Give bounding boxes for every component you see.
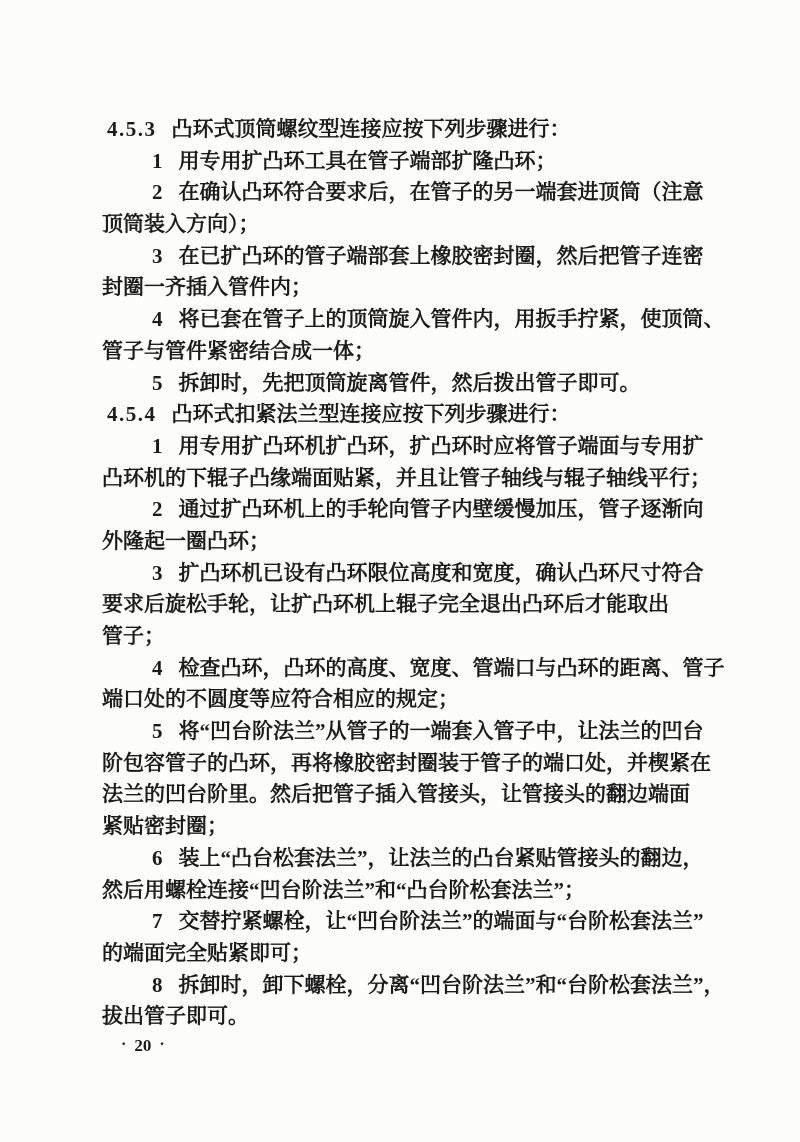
wrapped-text: 端口处的不圆度等应符合相应的规定； — [102, 687, 459, 711]
step-line: 4将已套在管子上的顶筒旋入管件内，用扳手拧紧，使顶筒、 — [0, 304, 800, 336]
step-number: 4 — [152, 653, 163, 685]
step-number: 4 — [152, 304, 163, 336]
step-number: 1 — [152, 431, 163, 463]
wrapped-line: 拔出管子即可。 — [0, 1001, 800, 1033]
wrapped-text: 拔出管子即可。 — [102, 1004, 249, 1028]
section-heading-4-5-3: 4.5.3凸环式顶筒螺纹型连接应按下列步骤进行： — [0, 114, 800, 146]
section-title-text: 凸环式顶筒螺纹型连接应按下列步骤进行： — [172, 117, 571, 141]
step-text: 将“凹台阶法兰”从管子的一端套入管子中，让法兰的凹台 — [179, 719, 704, 743]
step-line: 6装上“凸台松套法兰”，让法兰的凸台紧贴管接头的翻边， — [0, 843, 800, 875]
step-text: 装上“凸台松套法兰”，让法兰的凸台紧贴管接头的翻边， — [179, 846, 704, 870]
step-line: 3扩凸环机已设有凸环限位高度和宽度，确认凸环尺寸符合 — [0, 558, 800, 590]
wrapped-line: 要求后旋松手轮，让扩凸环机上辊子完全退出凸环后才能取出 — [0, 589, 800, 621]
step-line: 4检查凸环，凸环的高度、宽度、管端口与凸环的距离、管子 — [0, 653, 800, 685]
wrapped-text: 管子； — [102, 624, 165, 648]
wrapped-text: 法兰的凹台阶里。然后把管子插入管接头，让管接头的翻边端面 — [102, 782, 690, 806]
wrapped-line: 阶包容管子的凸环，再将橡胶密封圈装于管子的端口处，并楔紧在 — [0, 748, 800, 780]
wrapped-line: 外隆起一圈凸环； — [0, 526, 800, 558]
wrapped-text: 然后用螺栓连接“凹台阶法兰”和“凸台阶松套法兰”； — [102, 878, 585, 902]
wrapped-line: 顶筒装入方向）； — [0, 209, 800, 241]
step-text: 检查凸环，凸环的高度、宽度、管端口与凸环的距离、管子 — [179, 656, 725, 680]
step-line: 2在确认凸环符合要求后，在管子的另一端套进顶筒（注意 — [0, 177, 800, 209]
step-text: 拆卸时，先把顶筒旋离管件，然后拨出管子即可。 — [179, 371, 641, 395]
step-line: 2通过扩凸环机上的手轮向管子内壁缓慢加压，管子逐渐向 — [0, 494, 800, 526]
wrapped-line: 紧贴密封圈； — [0, 811, 800, 843]
step-line: 1用专用扩凸环工具在管子端部扩隆凸环； — [0, 146, 800, 178]
step-text: 在已扩凸环的管子端部套上橡胶密封圈，然后把管子连密 — [179, 244, 704, 268]
step-number: 2 — [152, 177, 163, 209]
step-text: 在确认凸环符合要求后，在管子的另一端套进顶筒（注意 — [179, 180, 704, 204]
wrapped-text: 凸环机的下辊子凸缘端面贴紧，并且让管子轴线与辊子轴线平行； — [102, 466, 711, 490]
footer-left-dot: · — [121, 1032, 126, 1058]
step-text: 用专用扩凸环机扩凸环，扩凸环时应将管子端面与专用扩 — [179, 434, 704, 458]
step-line: 7交替拧紧螺栓，让“凹台阶法兰”的端面与“台阶松套法兰” — [0, 906, 800, 938]
step-text: 交替拧紧螺栓，让“凹台阶法兰”的端面与“台阶松套法兰” — [179, 909, 704, 933]
step-number: 3 — [152, 241, 163, 273]
wrapped-line: 管子与管件紧密结合成一体； — [0, 336, 800, 368]
section-number: 4.5.3 — [107, 114, 157, 146]
document-page: 4.5.3凸环式顶筒螺纹型连接应按下列步骤进行： 1用专用扩凸环工具在管子端部扩… — [0, 0, 800, 1142]
step-number: 3 — [152, 558, 163, 590]
step-line: 8拆卸时，卸下螺栓，分离“凹台阶法兰”和“台阶松套法兰”， — [0, 970, 800, 1002]
wrapped-text: 管子与管件紧密结合成一体； — [102, 339, 375, 363]
wrapped-text: 封圈一齐插入管件内； — [102, 275, 312, 299]
step-text: 拆卸时，卸下螺栓，分离“凹台阶法兰”和“台阶松套法兰”， — [179, 973, 725, 997]
wrapped-text: 顶筒装入方向）； — [102, 212, 260, 236]
wrapped-line: 法兰的凹台阶里。然后把管子插入管接头，让管接头的翻边端面 — [0, 779, 800, 811]
wrapped-text: 阶包容管子的凸环，再将橡胶密封圈装于管子的端口处，并楔紧在 — [102, 751, 711, 775]
body-text: 4.5.3凸环式顶筒螺纹型连接应按下列步骤进行： 1用专用扩凸环工具在管子端部扩… — [0, 114, 800, 1033]
step-number: 6 — [152, 843, 163, 875]
step-number: 8 — [152, 970, 163, 1002]
wrapped-line: 凸环机的下辊子凸缘端面贴紧，并且让管子轴线与辊子轴线平行； — [0, 463, 800, 495]
section-title-text: 凸环式扣紧法兰型连接应按下列步骤进行： — [172, 402, 571, 426]
wrapped-line: 端口处的不圆度等应符合相应的规定； — [0, 684, 800, 716]
step-line: 1用专用扩凸环机扩凸环，扩凸环时应将管子端面与专用扩 — [0, 431, 800, 463]
wrapped-text: 的端面完全贴紧即可； — [102, 941, 312, 965]
page-number: 20 — [134, 1033, 151, 1059]
wrapped-text: 要求后旋松手轮，让扩凸环机上辊子完全退出凸环后才能取出 — [102, 592, 669, 616]
footer-right-dot: · — [159, 1032, 164, 1058]
step-number: 2 — [152, 494, 163, 526]
step-text: 将已套在管子上的顶筒旋入管件内，用扳手拧紧，使顶筒、 — [179, 307, 725, 331]
section-number: 4.5.4 — [107, 399, 157, 431]
page-footer: · 20 · — [0, 1033, 800, 1059]
step-text: 用专用扩凸环工具在管子端部扩隆凸环； — [179, 149, 557, 173]
step-number: 5 — [152, 716, 163, 748]
wrapped-line: 管子； — [0, 621, 800, 653]
step-number: 7 — [152, 906, 163, 938]
wrapped-line: 然后用螺栓连接“凹台阶法兰”和“凸台阶松套法兰”； — [0, 875, 800, 907]
step-text: 扩凸环机已设有凸环限位高度和宽度，确认凸环尺寸符合 — [179, 561, 704, 585]
wrapped-line: 的端面完全贴紧即可； — [0, 938, 800, 970]
step-line: 5拆卸时，先把顶筒旋离管件，然后拨出管子即可。 — [0, 368, 800, 400]
wrapped-line: 封圈一齐插入管件内； — [0, 272, 800, 304]
step-line: 5将“凹台阶法兰”从管子的一端套入管子中，让法兰的凹台 — [0, 716, 800, 748]
step-number: 5 — [152, 368, 163, 400]
section-heading-4-5-4: 4.5.4凸环式扣紧法兰型连接应按下列步骤进行： — [0, 399, 800, 431]
step-text: 通过扩凸环机上的手轮向管子内壁缓慢加压，管子逐渐向 — [179, 497, 704, 521]
wrapped-text: 紧贴密封圈； — [102, 814, 228, 838]
step-line: 3在已扩凸环的管子端部套上橡胶密封圈，然后把管子连密 — [0, 241, 800, 273]
wrapped-text: 外隆起一圈凸环； — [102, 529, 270, 553]
step-number: 1 — [152, 146, 163, 178]
